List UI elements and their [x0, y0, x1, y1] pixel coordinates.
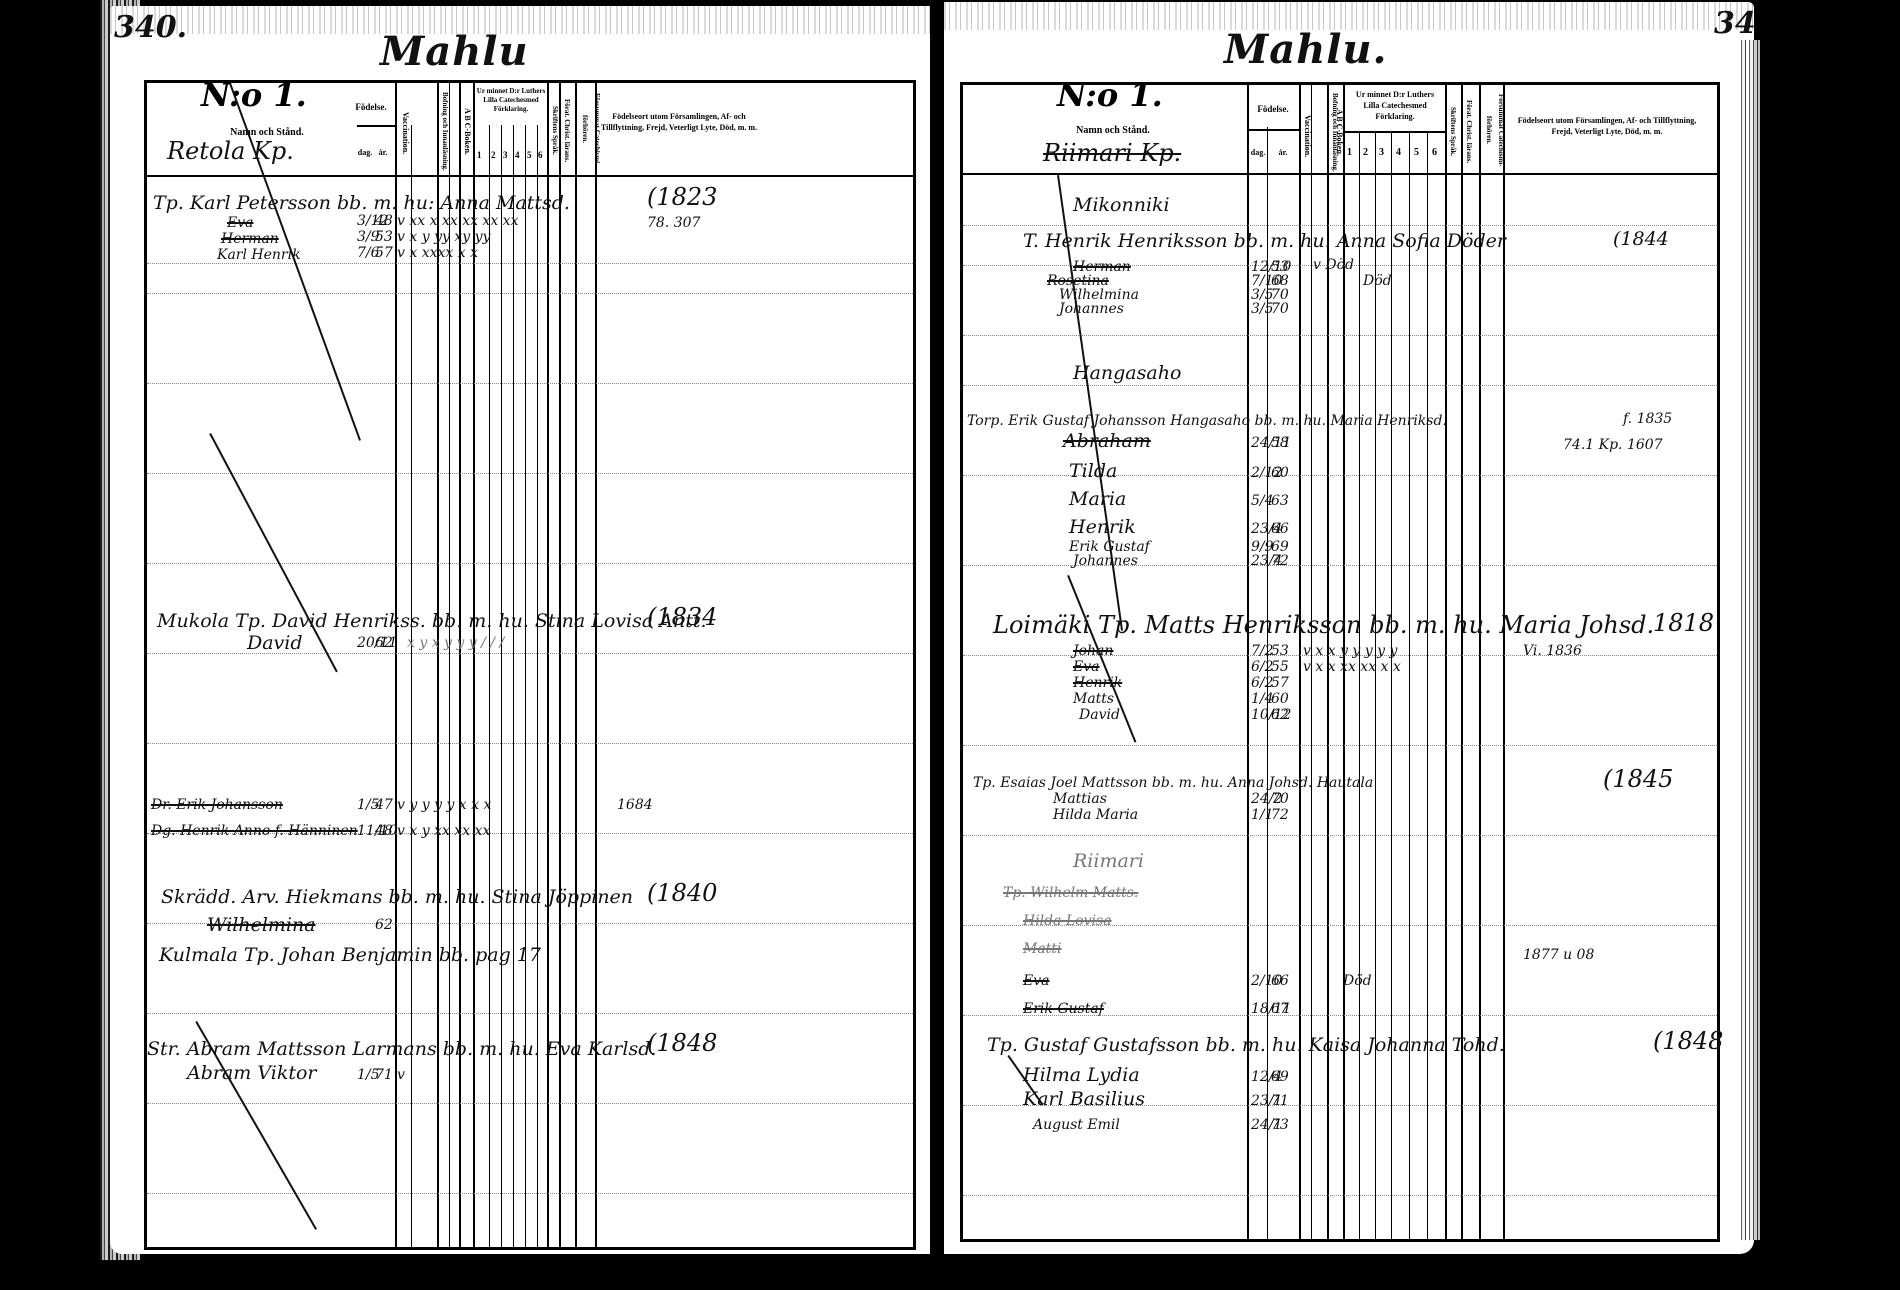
col-header-birth-year: år. [373, 147, 393, 159]
col-header-remarks: Födelseort utom Församlingen, Af- och Ti… [1509, 115, 1705, 137]
register-entry: Wilhelmina [207, 915, 316, 935]
col-header-vaccination: Vaccination. [1301, 99, 1313, 173]
birth-year: 73 [1271, 1115, 1289, 1135]
register-entry: Tilda [1069, 461, 1117, 481]
right-parish-heading: Mahlu. [1224, 26, 1387, 73]
left-page-number: 340. [114, 10, 187, 45]
register-entry: David [247, 633, 303, 653]
col-header-catechism: Ur minnet D:r Luthers Lilla Catechesmed … [475, 87, 547, 114]
register-entry: Dg. Henrik Anno f. Hänninen [151, 821, 358, 841]
birth-year: 66 [1271, 519, 1289, 539]
col-header-missed: Försummat Catechismi-förhören. [1483, 87, 1507, 173]
catechism-col-6: 6 [538, 149, 543, 161]
col-header-birth: Födelse. [347, 101, 395, 113]
register-entry: Hilda Lovisa [1023, 911, 1112, 931]
entry-remark: (1845 [1603, 769, 1673, 789]
col-header-scripture: Skriftens Språk. [549, 89, 561, 173]
exam-marks: Död [1363, 271, 1392, 291]
register-entry: Torp. Erik Gustaf Johansson Hangasaho bb… [967, 411, 1447, 431]
col-header-scripture: Skriftens Språk. [1447, 91, 1459, 173]
right-page-number: 341. [1714, 6, 1754, 41]
register-entry: Hilma Lydia [1023, 1065, 1140, 1085]
catechism-col-2: 2 [1363, 147, 1368, 159]
exam-marks: v y y y y x x x [397, 795, 491, 815]
exam-marks: v x y xx xx xx [397, 821, 490, 841]
left-page: 340. Mahlu N:o 1. Namn och Stånd. Retola… [110, 6, 930, 1254]
birth-year: 70 [1271, 299, 1289, 319]
catechism-col-4: 4 [515, 149, 520, 161]
register-entry: Erik Gustaf [1023, 999, 1104, 1019]
entry-remark: Vi. 1836 [1523, 641, 1582, 661]
register-entry: Tp. Wilhelm Matts. [1003, 883, 1138, 903]
birth-year: 72 [1271, 805, 1289, 825]
entry-remark: (1834 [647, 607, 717, 627]
entry-remark: 1877 u 08 [1523, 945, 1594, 965]
birth-year: 47 [375, 795, 393, 815]
exam-marks: v Död [1313, 255, 1354, 275]
birth-year: 72 [1271, 551, 1289, 571]
birth-year: 67 [1271, 999, 1289, 1019]
left-parish-heading: Mahlu [380, 28, 529, 75]
col-header-birth-day: dag. [1249, 147, 1267, 159]
entry-remark: (1844 [1613, 229, 1669, 249]
birth-year: 62 [375, 633, 393, 653]
birth-year: 58 [1271, 433, 1289, 453]
col-header-birth-day: dag. [355, 147, 375, 159]
register-entry: Hilda Maria [1053, 805, 1138, 825]
right-register-number: N:o 1. [1057, 89, 1163, 101]
left-village-name: Retola Kp. [167, 141, 294, 161]
birth-year: 48 [375, 821, 393, 841]
register-entry: Dr. Erik Johansson [151, 795, 283, 815]
hamlet-heading: Mikonniki [1073, 195, 1170, 215]
catechism-col-5: 5 [1414, 147, 1419, 159]
birth-year: 71 [1271, 1091, 1289, 1111]
birth-year: 60 [1271, 463, 1289, 483]
col-header-abc: A B C-Boken. [461, 89, 473, 173]
register-entry: Mukola Tp. David Henrikss. bb. m. hu. St… [157, 611, 707, 631]
col-header-reading: Bofning och Innanläsning. [439, 89, 451, 173]
catechism-col-4: 4 [1396, 147, 1401, 159]
catechism-col-3: 3 [503, 149, 508, 161]
register-entry: Maria [1069, 489, 1126, 509]
exam-marks: v x xxxx x x [397, 243, 478, 263]
col-header-remarks: Födelseort utom Församlingen, Af- och Ti… [599, 111, 759, 133]
register-entry: David [1079, 705, 1120, 725]
exam-marks: x y x y y y / / / [407, 633, 504, 653]
hamlet-heading: Hangasaho [1073, 363, 1181, 383]
book-gutter [930, 0, 944, 1270]
register-entry: Karl Basilius [1023, 1089, 1145, 1109]
register-entry: Skrädd. Arv. Hiekmans bb. m. hu. Stina J… [161, 887, 633, 907]
register-entry: Str. Abram Mattsson Larmans bb. m. hu. E… [147, 1039, 656, 1059]
register-entry: Abraham [1063, 431, 1151, 451]
birth-year: 57 [375, 243, 393, 263]
entry-remark: (1848 [1653, 1031, 1723, 1051]
entry-remark: 1818 [1653, 613, 1714, 633]
entry-remark: f. 1835 [1623, 409, 1672, 429]
left-register-number: N:o 1. [201, 89, 307, 101]
catechism-col-3: 3 [1379, 147, 1384, 159]
col-header-name: Namn och Stånd. [1053, 125, 1173, 137]
birth-year: 71 [375, 1065, 393, 1085]
register-entry: Johannes [1059, 299, 1124, 319]
col-header-christ: Förat. Christ. lärans. [1463, 91, 1475, 173]
exam-marks: v x x xx xx x x [1303, 657, 1401, 677]
catechism-col-6: 6 [1432, 147, 1437, 159]
entry-remark: 1684 [617, 795, 653, 815]
col-header-catechism: Ur minnet D:r Luthers Lilla Catechesmed … [1347, 89, 1443, 122]
birth-year: 62 [1271, 705, 1289, 725]
col-header-vaccination: Vaccination. [399, 93, 411, 173]
entry-remark: 74.1 Kp. 1607 [1563, 435, 1663, 455]
right-register-table: N:o 1. Namn och Stånd. Riimari Kp. Födel… [960, 82, 1720, 1242]
col-header-birth: Födelse. [1251, 103, 1295, 115]
birth-year: 62 [375, 915, 393, 935]
register-entry: August Emil [1033, 1115, 1120, 1135]
register-entry: Tp. Karl Petersson bb. m. hu: Anna Matts… [153, 193, 570, 213]
register-entry: Abram Viktor [187, 1063, 316, 1083]
register-entry: Tp. Gustaf Gustafsson bb. m. hu. Kaisa J… [987, 1035, 1505, 1055]
hamlet-heading: Riimari [1073, 851, 1144, 871]
catechism-col-1: 1 [1347, 147, 1352, 159]
col-header-birth-year: år. [1273, 147, 1293, 159]
register-entry: Eva [1023, 971, 1049, 991]
register-entry: Henrik [1069, 517, 1136, 537]
birth-year: 66 [1271, 971, 1289, 991]
col-header-christ: Förat. Christ. lärans. [561, 89, 573, 173]
catechism-col-2: 2 [491, 149, 496, 161]
right-village-name: Riimari Kp. [1043, 143, 1181, 163]
left-register-table: N:o 1. Namn och Stånd. Retola Kp. Födels… [144, 80, 916, 1250]
register-entry: T. Henrik Henriksson bb. m. hu. Anna Sof… [1023, 231, 1506, 251]
entry-remark: (1848 [647, 1033, 717, 1053]
catechism-col-5: 5 [527, 149, 532, 161]
entry-remark: (1840 [647, 883, 717, 903]
entry-remark: (1823 [647, 187, 717, 207]
catechism-col-1: 1 [477, 149, 482, 161]
birth-year: 63 [1271, 491, 1289, 511]
entry-remark: 78. 307 [647, 213, 700, 233]
register-entry: Tp. Esaias Joel Mattsson bb. m. hu. Anna… [973, 773, 1373, 793]
exam-marks: Död [1343, 971, 1372, 991]
register-entry: Matti [1023, 939, 1061, 959]
right-page: 341. Mahlu. N:o 1. Namn och Stånd. Riima… [944, 2, 1754, 1254]
page-edge-right [1738, 40, 1760, 1240]
birth-year: 69 [1271, 1067, 1289, 1087]
register-entry: Johannes [1073, 551, 1138, 571]
register-entry: Kulmala Tp. Johan Benjamin bb. pag 17 [159, 945, 541, 965]
exam-marks: v [397, 1065, 405, 1085]
